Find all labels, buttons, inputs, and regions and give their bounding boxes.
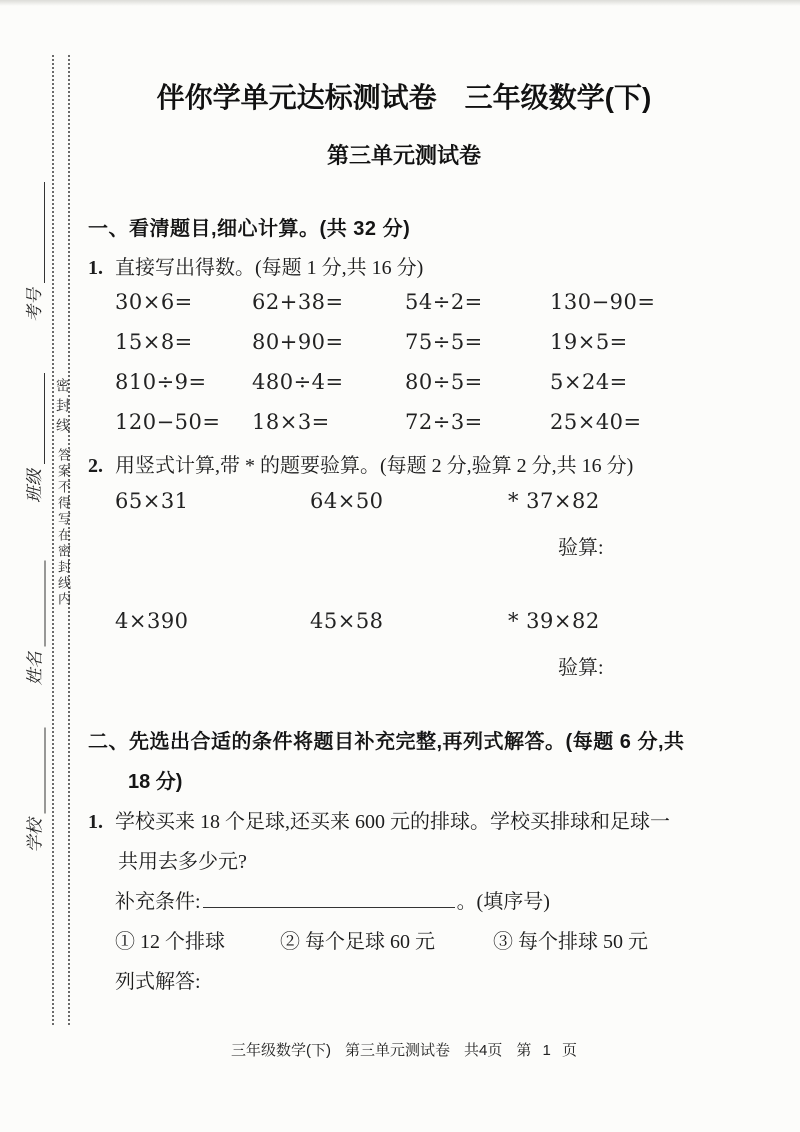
class-blank [30,373,45,464]
name-label: 姓名 [21,652,46,686]
vertical-calc-item: 65×31 [115,489,310,513]
supplement-condition-suffix: 。(填序号) [457,891,550,913]
calc-item: 130−90= [550,290,720,330]
calc-item: 810÷9= [115,370,252,410]
paper-title: 伴你学单元达标测试卷三年级数学(下) [88,76,720,116]
section-two-heading-wrap: 18 分) [128,765,182,794]
calc-item: 19×5= [550,330,720,370]
calc-item: 30×6= [115,290,252,330]
name-field: 姓名 [24,561,46,686]
vertical-calc-item: * 37×82 [508,489,720,513]
check-label-1: 验算: [558,531,604,560]
calc-item: 15×8= [115,330,252,370]
condition-option-2: ② 每个足球 60 元 [280,925,493,954]
page-footer: 三年级数学(下) 第三单元测试卷 共4页 第 1 页 [88,1039,720,1060]
seal-line-label: 密封线 [53,378,73,438]
calc-item: 120−50= [115,410,252,450]
calc-item: 54÷2= [405,290,550,330]
calc-item: 480÷4= [252,370,405,410]
question-1-prompt-line: 1.直接写出得数。(每题 1 分,共 16 分) [88,251,423,280]
footer-paper-title: 第三单元测试卷 [345,1039,450,1060]
calc-item: 18×3= [252,410,405,450]
word-problem-1-text: 学校买来 18 个足球,还买来 600 元的排球。学校买排球和足球一 [115,811,670,833]
vertical-calc-item: * 39×82 [508,609,720,633]
exam-number-field: 考号 [23,182,45,322]
school-field: 学校 [24,728,46,853]
scan-top-edge [0,0,800,6]
class-label: 班级 [20,469,45,503]
paper-title-series: 伴你学单元达标测试卷 [157,82,437,113]
question-2-number: 2. [88,455,115,478]
paper-title-subject: 三年级数学(下) [465,82,652,113]
test-paper-page: 密封线 答案不得写在密封线内 考号 班级 姓名 学校 伴你学单元达标测试卷三年级… [0,0,800,1132]
footer-total-pages: 共4页 [464,1039,502,1060]
word-problem-1-line1: 1.学校买来 18 个足球,还买来 600 元的排球。学校买排球和足球一 [88,805,670,834]
calc-item: 25×40= [550,410,720,450]
footer-book-title: 三年级数学(下) [231,1039,331,1060]
calc-item: 5×24= [550,370,720,410]
school-blank [31,728,46,814]
question-1-number: 1. [88,257,115,280]
condition-options-row: ① 12 个排球 ② 每个足球 60 元 ③ 每个排球 50 元 [115,925,720,954]
exam-number-label: 考号 [20,288,45,322]
paper-subtitle: 第三单元测试卷 [88,139,720,170]
footer-current-page: 第 1 页 [516,1039,577,1060]
check-label-2: 验算: [558,651,604,680]
seal-warning-text: 答案不得写在密封线内 [54,448,73,608]
supplement-condition-line: 补充条件:。(填序号) [115,885,550,914]
calc-item: 62+38= [252,290,405,330]
word-problem-1-line2: 共用去多少元? [118,845,247,874]
name-blank [31,561,46,647]
calc-item: 75÷5= [405,330,550,370]
calc-item: 80÷5= [405,370,550,410]
class-field: 班级 [23,373,45,503]
word-problem-1-number: 1. [88,811,115,834]
vertical-calc-item: 45×58 [310,609,508,633]
question-2-prompt-line: 2.用竖式计算,带 * 的题要验算。(每题 2 分,验算 2 分,共 16 分) [88,449,633,478]
exam-number-blank [30,182,45,283]
condition-option-1: ① 12 个排球 [115,925,280,954]
calc-item: 80+90= [252,330,405,370]
supplement-condition-label: 补充条件: [115,891,201,913]
section-one-heading: 一、看清题目,细心计算。(共 32 分) [88,212,410,241]
condition-option-3: ③ 每个排球 50 元 [493,925,720,954]
mental-math-grid: 30×6= 62+38= 54÷2= 130−90= 15×8= 80+90= … [115,290,720,450]
vertical-calc-row-2: 4×390 45×58 * 39×82 [115,609,720,633]
question-1-prompt: 直接写出得数。(每题 1 分,共 16 分) [115,257,423,279]
calc-item: 72÷3= [405,410,550,450]
vertical-calc-item: 64×50 [310,489,508,513]
fill-blank-line [203,892,455,908]
solve-label: 列式解答: [115,965,201,994]
school-label: 学校 [21,819,46,853]
vertical-calc-row-1: 65×31 64×50 * 37×82 [115,489,720,513]
vertical-calc-item: 4×390 [115,609,310,633]
question-2-prompt: 用竖式计算,带 * 的题要验算。(每题 2 分,验算 2 分,共 16 分) [115,455,633,477]
section-two-heading: 二、先选出合适的条件将题目补充完整,再列式解答。(每题 6 分,共 [88,725,685,754]
